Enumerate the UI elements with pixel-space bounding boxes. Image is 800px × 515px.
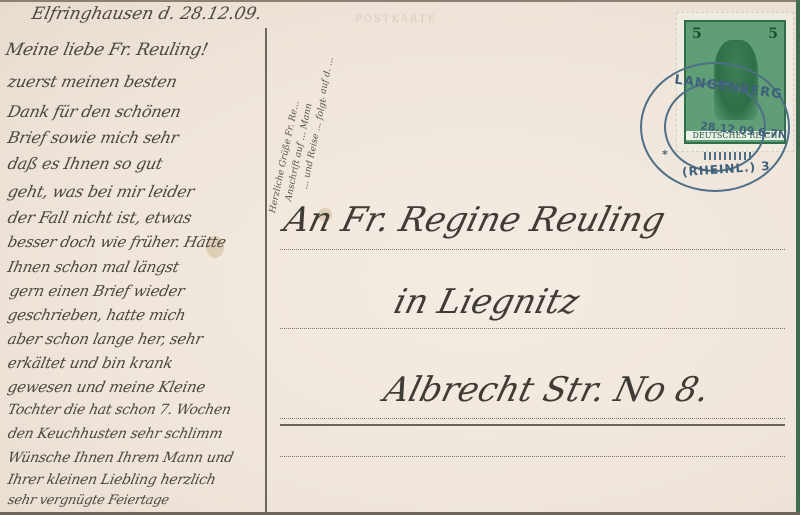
address-rule-2 [280,328,785,329]
card-edge-right [796,0,800,515]
side-note-line: ... auf d. ... [316,56,336,106]
postmark-cancellation: LANGENBERG 28.12.09 6-7N * (RHEINL.) 3 [640,62,790,192]
message-line: sehr vergnügte Feiertage [6,493,170,508]
postmark-star-icon: * [662,148,668,161]
address-rule-4 [280,456,785,457]
message-line: Dank für den schönen [6,102,183,121]
message-line: besser doch wie früher. Hätte [6,233,227,251]
message-line: Tochter die hat schon 7. Wochen [6,402,232,418]
message-address-divider [265,28,267,515]
message-line: gewesen und meine Kleine [6,378,207,396]
postcard: POSTKARTE Elfringhausen d. 28.12.09. Mei… [0,0,800,515]
address-recipient: An Fr. Regine Reuling [280,200,669,240]
message-line: aber schon lange her, sehr [6,330,204,348]
faint-printed-header: POSTKARTE [355,14,437,25]
message-line: Brief sowie mich sehr [6,128,180,147]
message-line: erkältet und bin krank [6,354,174,372]
message-line: daß es Ihnen so gut [6,154,164,173]
address-street: Albrecht Str. No 8. [380,370,714,410]
message-line: geht, was bei mir leider [6,182,196,201]
message-line: Wünsche Ihnen Ihrem Mann und [6,450,234,466]
message-line: Meine liebe Fr. Reuling! [4,40,210,60]
message-heading: Elfringhausen d. 28.12.09. [30,4,264,24]
message-line: der Fall nicht ist, etwas [6,208,193,227]
card-edge-top [0,0,800,2]
message-line: Ihnen schon mal längst [6,258,180,276]
address-rule-1 [280,249,785,250]
message-line: den Keuchhusten sehr schlimm [6,426,224,442]
postmark-hatching [704,152,754,160]
message-line: gern einen Brief wieder [8,282,186,300]
address-rule-heavy [280,424,785,426]
address-city: in Liegnitz [390,282,583,322]
message-line: Ihrer kleinen Liebling herzlich [6,472,217,488]
message-line: geschrieben, hatte mich [6,306,187,324]
stamp-value: 5 [692,26,702,42]
address-rule-3 [280,418,785,419]
message-line: zuerst meinen besten [6,72,179,91]
stamp-value: 5 [768,26,778,42]
